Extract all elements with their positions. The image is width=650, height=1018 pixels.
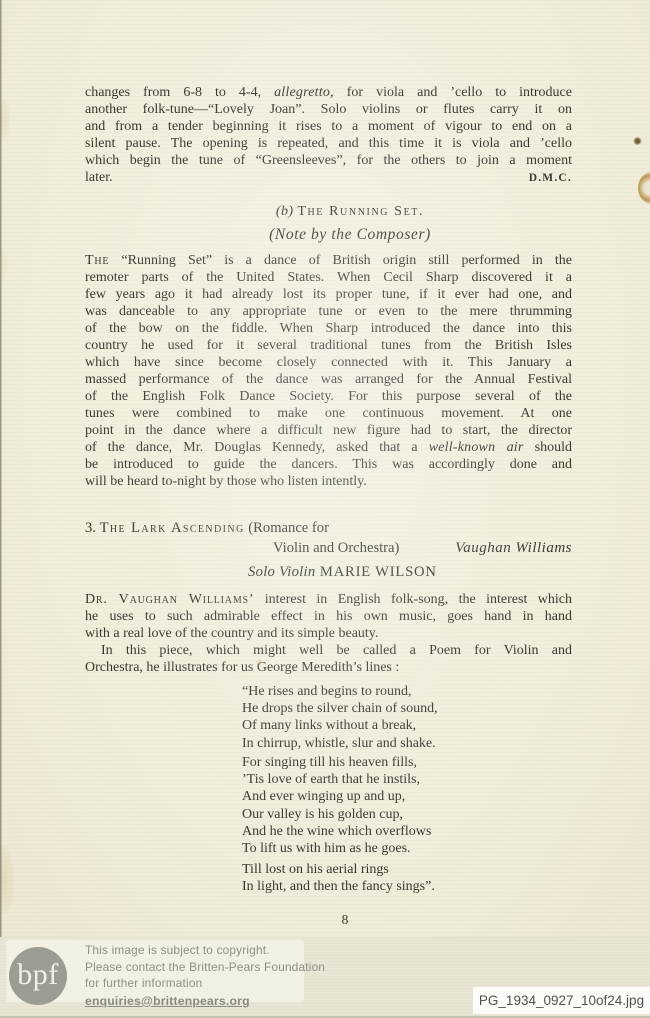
composer-name: Vaughan Williams: [455, 540, 572, 557]
text-line: In this piece, which might well be calle…: [85, 642, 572, 659]
paper-stain: [0, 845, 14, 915]
text-line: which begin the tune of “Greensleeves”, …: [85, 152, 572, 169]
work-title-continuation: Violin and Orchestra): [273, 540, 399, 557]
text-line: And ever winging up and up,: [242, 788, 431, 805]
text-line: will be heard to-night by those who list…: [85, 473, 572, 490]
text-line: The “Running Set” is a dance of British …: [85, 252, 572, 269]
copyright-line: Please contact the Britten-Pears Foundat…: [85, 959, 325, 976]
text-line: In light, and then the fancy sings”.: [242, 878, 435, 895]
paper-stain: [638, 172, 650, 204]
text-line: He drops the silver chain of sound,: [242, 700, 438, 717]
text-line: was danceable to any appropriate tune or…: [85, 303, 572, 320]
image-filename-label: PG_1934_0927_10of24.jpg: [473, 987, 650, 1014]
paragraph-in-this-piece: In this piece, which might well be calle…: [85, 642, 572, 676]
text-line: ’Tis love of earth that he instils,: [242, 771, 431, 788]
paragraph-running-set: The “Running Set” is a dance of British …: [85, 252, 572, 490]
paragraph-end-row: later. D.M.C.: [85, 169, 572, 186]
copyright-text-block: This image is subject to copyright. Plea…: [85, 942, 325, 1010]
text-line: of the dance, Mr. Douglas Kennedy, asked…: [85, 439, 572, 456]
text-line: In chirrup, whistle, slur and shake.: [242, 735, 438, 752]
text-line: Till lost on his aerial rings: [242, 861, 435, 878]
text-line: “He rises and begins to round,: [242, 683, 438, 700]
text-line: massed performance of the dance was arra…: [85, 371, 572, 388]
poem-stanza-3: Till lost on his aerial ringsIn light, a…: [242, 861, 435, 895]
paragraph-vaughan-williams: Dr. Vaughan Williams’ interest in Englis…: [85, 591, 572, 642]
text-line: remoter parts of the United States. When…: [85, 269, 572, 286]
copyright-line: for further information: [85, 975, 325, 992]
text-line: Orchestra, he illustrates for us George …: [85, 659, 572, 676]
text-line: And he the wine which overflows: [242, 823, 431, 840]
text-line: To lift us with him as he goes.: [242, 840, 431, 857]
section-b-heading: (b) The Running Set.: [85, 204, 615, 220]
text-line: and from a tender beginning it rises to …: [85, 118, 572, 135]
text-line: be introduced to guide the dancers. This…: [85, 456, 572, 473]
ink-stain: [633, 137, 642, 145]
text-line: which have since become closely connecte…: [85, 354, 572, 371]
text-line: of the bow on the fiddle. When Sharp int…: [85, 320, 572, 337]
copyright-watermark-bar: bpf This image is subject to copyright. …: [0, 937, 650, 1018]
text-line: point in the dance where a difficult new…: [85, 422, 572, 439]
text-line: later.: [85, 169, 113, 186]
text-line: Dr. Vaughan Williams’ interest in Englis…: [85, 591, 572, 608]
composer-note-subheading: (Note by the Composer): [85, 226, 615, 244]
poem-stanza-2: For singing till his heaven fills,’Tis l…: [242, 754, 431, 857]
text-line: of the English Folk Dance Society. For t…: [85, 388, 572, 405]
text-line: few years ago it had already lost its pr…: [85, 286, 572, 303]
text-line: Our valley is his golden cup,: [242, 806, 431, 823]
page-number: 8: [85, 912, 605, 928]
text-line: tunes were combined to make one continuo…: [85, 405, 572, 422]
text-line: he uses to such admirable effect in his …: [85, 608, 572, 625]
soloist-line: Solo Violin MARIE WILSON: [248, 564, 437, 581]
text-line: another folk-tune—“Lovely Joan”. Solo vi…: [85, 101, 572, 118]
copyright-line: This image is subject to copyright.: [85, 942, 325, 959]
poem-stanza-1: “He rises and begins to round,He drops t…: [242, 683, 438, 752]
text-line: silent pause. The opening is repeated, a…: [85, 135, 572, 152]
work-title-line1: 3. The Lark Ascending (Romance for: [85, 520, 329, 537]
text-line: country he used for it several tradition…: [85, 337, 572, 354]
text-line: Of many links without a break,: [242, 717, 438, 734]
text-line: with a real love of the country and its …: [85, 625, 572, 642]
text-line: changes from 6-8 to 4-4, allegretto, for…: [85, 84, 572, 101]
work-title-line2: Violin and Orchestra) Vaughan Williams: [85, 540, 572, 557]
author-initials: D.M.C.: [529, 172, 572, 184]
bpf-logo: bpf: [9, 947, 67, 1005]
text-line: For singing till his heaven fills,: [242, 754, 431, 771]
scanned-programme-page: changes from 6-8 to 4-4, allegretto, for…: [0, 0, 650, 1018]
contact-email-link[interactable]: enquiries@brittenpears.org: [85, 994, 250, 1008]
scan-edge-shadow: [0, 0, 2, 937]
bpf-logo-text: bpf: [17, 958, 59, 995]
paragraph-greensleeves: changes from 6-8 to 4-4, allegretto, for…: [85, 84, 572, 169]
